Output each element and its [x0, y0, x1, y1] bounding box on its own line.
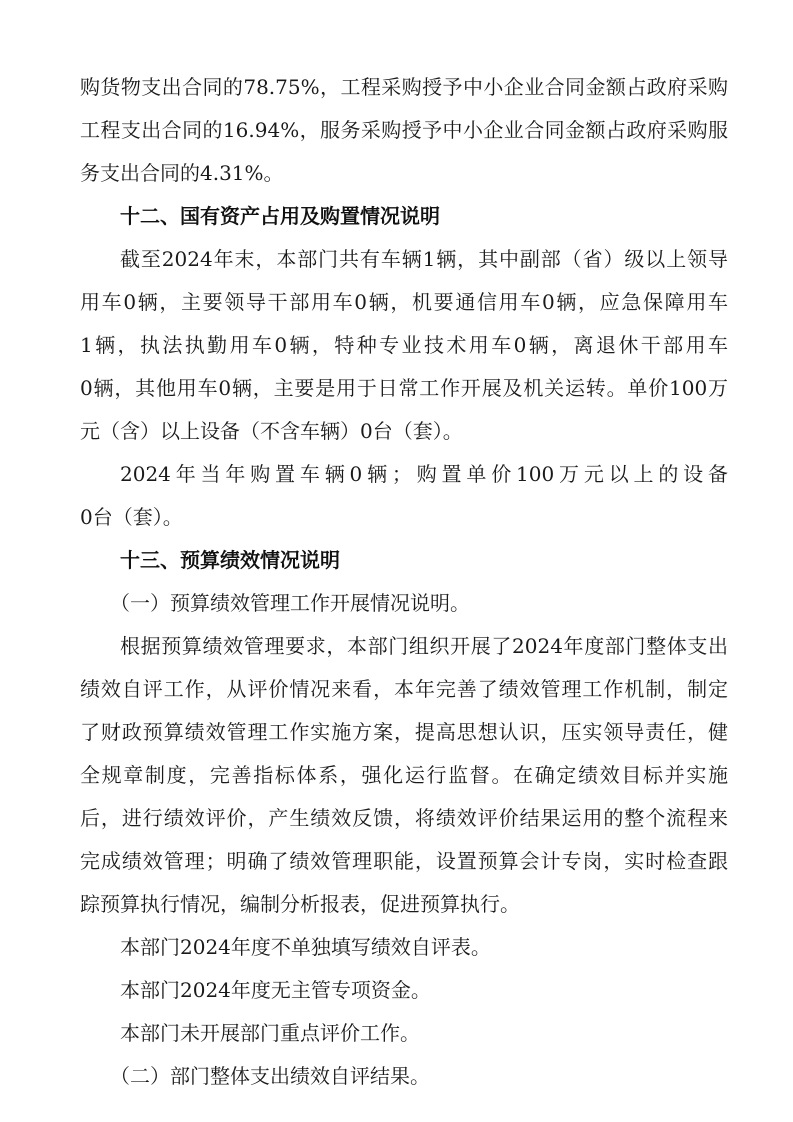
document-page: 购货物支出合同的78.75%，工程采购授予中小企业合同金额占政府采购 工程支出合… [80, 66, 728, 1098]
paragraph-line: 后，进行绩效评价，产生绩效反馈，将绩效评价结果运用的整个流程来 [80, 797, 728, 840]
statement-line: 本部门2024年度不单独填写绩效自评表。 [80, 926, 728, 969]
statement-line: 本部门2024年度无主管专项资金。 [80, 969, 728, 1012]
paragraph-line: 根据预算绩效管理要求，本部门组织开展了2024年度部门整体支出 [80, 625, 728, 668]
paragraph-line: 0辆，其他用车0辆，主要是用于日常工作开展及机关运转。单价100万 [80, 367, 728, 410]
paragraph-line: 截至2024年末，本部门共有车辆1辆，其中副部（省）级以上领导 [80, 238, 728, 281]
paragraph-line: 绩效自评工作，从评价情况来看，本年完善了绩效管理工作机制，制定 [80, 668, 728, 711]
paragraph-line: 2024年当年购置车辆0辆；购置单价100万元以上的设备 [80, 453, 728, 496]
paragraph-line: 全规章制度，完善指标体系，强化运行监督。在确定绩效目标并实施 [80, 754, 728, 797]
paragraph-line: 了财政预算绩效管理工作实施方案，提高思想认识，压实领导责任，健 [80, 711, 728, 754]
paragraph-line: 元（含）以上设备（不含车辆）0台（套）。 [80, 410, 728, 453]
subsection-heading: （一）预算绩效管理工作开展情况说明。 [80, 582, 728, 625]
paragraph-line: 购货物支出合同的78.75%，工程采购授予中小企业合同金额占政府采购 [80, 66, 728, 109]
paragraph-line: 用车0辆，主要领导干部用车0辆，机要通信用车0辆，应急保障用车 [80, 281, 728, 324]
section-heading: 十二、国有资产占用及购置情况说明 [80, 195, 728, 238]
paragraph-line: 工程支出合同的16.94%，服务采购授予中小企业合同金额占政府采购服 [80, 109, 728, 152]
section-heading: 十三、预算绩效情况说明 [80, 539, 728, 582]
paragraph-line: 完成绩效管理；明确了绩效管理职能，设置预算会计专岗，实时检查跟 [80, 840, 728, 883]
statement-line: 本部门未开展部门重点评价工作。 [80, 1012, 728, 1055]
paragraph-line: 务支出合同的4.31%。 [80, 152, 728, 195]
subsection-heading: （二）部门整体支出绩效自评结果。 [80, 1055, 728, 1098]
paragraph-line: 1辆，执法执勤用车0辆，特种专业技术用车0辆，离退休干部用车 [80, 324, 728, 367]
paragraph-line: 0台（套）。 [80, 496, 728, 539]
paragraph-line: 踪预算执行情况，编制分析报表，促进预算执行。 [80, 883, 728, 926]
